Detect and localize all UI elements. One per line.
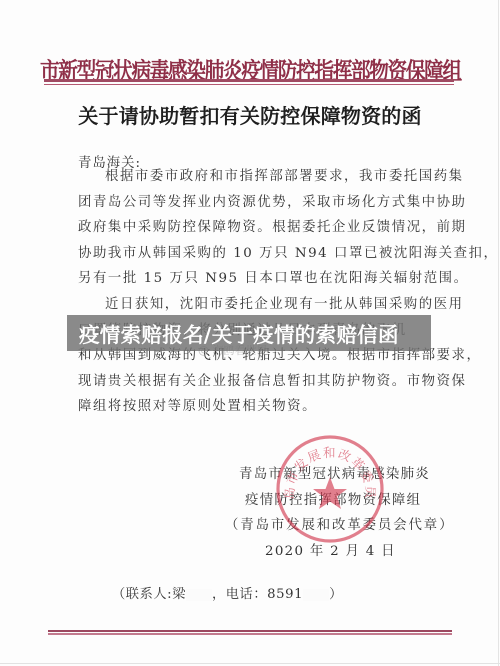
page-edge-bottom	[0, 663, 500, 664]
contact-phone: 8591	[267, 587, 303, 602]
contact-person-label: （联系人:梁	[112, 587, 186, 602]
signature-line: 疫情防控指挥部物资保障组	[225, 488, 465, 514]
redacted-name	[186, 589, 212, 601]
paragraph-line: 另有一批 15 万只 N95 日本口罩也在沈阳海关辐射范围。	[78, 266, 424, 292]
signature-line: （青岛市发展和改革委员会代章）	[225, 513, 465, 539]
paragraph-line: 团青岛公司等发挥业内资源优势，采取市场化方式集中协助	[78, 190, 424, 216]
contact-phone-label: ，电话：	[212, 587, 267, 602]
signature-line: 青岛市新型冠状病毒感染肺炎	[225, 462, 465, 488]
redacted-phone	[303, 589, 329, 601]
document-page: 市新型冠状病毒感染肺炎疫情防控指挥部物资保障组 关于请协助暂扣有关防控保障物资的…	[0, 0, 500, 666]
paragraph-line: 障组将按照对等原则处置相关物资。	[78, 394, 424, 420]
contact-line: （联系人:梁，电话：8591）	[112, 583, 343, 602]
paragraph-line: 近日获知，沈阳市委托企业现有一批从韩国采购的医用	[78, 292, 424, 318]
caption-text: 疫情索赔报名/关于疫情的索赔信函	[79, 318, 399, 348]
footer-double-rule	[48, 630, 452, 635]
caption-banner: 疫情索赔报名/关于疫情的索赔信函	[67, 315, 431, 351]
paragraph-line: 根据市委市政府和市指挥部部署要求，我市委托国药集	[78, 164, 424, 190]
paragraph-line: 现请贵关根据有关企业报备信息暂扣其防护物资。市物资保	[78, 369, 424, 395]
contact-close: ）	[329, 587, 343, 602]
document-title: 关于请协助暂扣有关防控保障物资的函	[0, 100, 500, 129]
signature-block: 青岛市新型冠状病毒感染肺炎 疫情防控指挥部物资保障组 （青岛市发展和改革委员会代…	[225, 462, 465, 564]
paragraph-line: 协助我市从韩国采购的 10 万只 N94 口罩已被沈阳海关查扣，	[78, 241, 424, 267]
paragraph-line: 政府集中采购防控保障物资。根据委托企业反馈情况，前期	[78, 215, 424, 241]
letterhead-double-rule	[44, 79, 454, 85]
signature-date: 2020 年 2 月 4 日	[225, 539, 465, 565]
paragraph-1: 根据市委市政府和市指挥部部署要求，我市委托国药集 团青岛公司等发挥业内资源优势，…	[78, 164, 424, 292]
